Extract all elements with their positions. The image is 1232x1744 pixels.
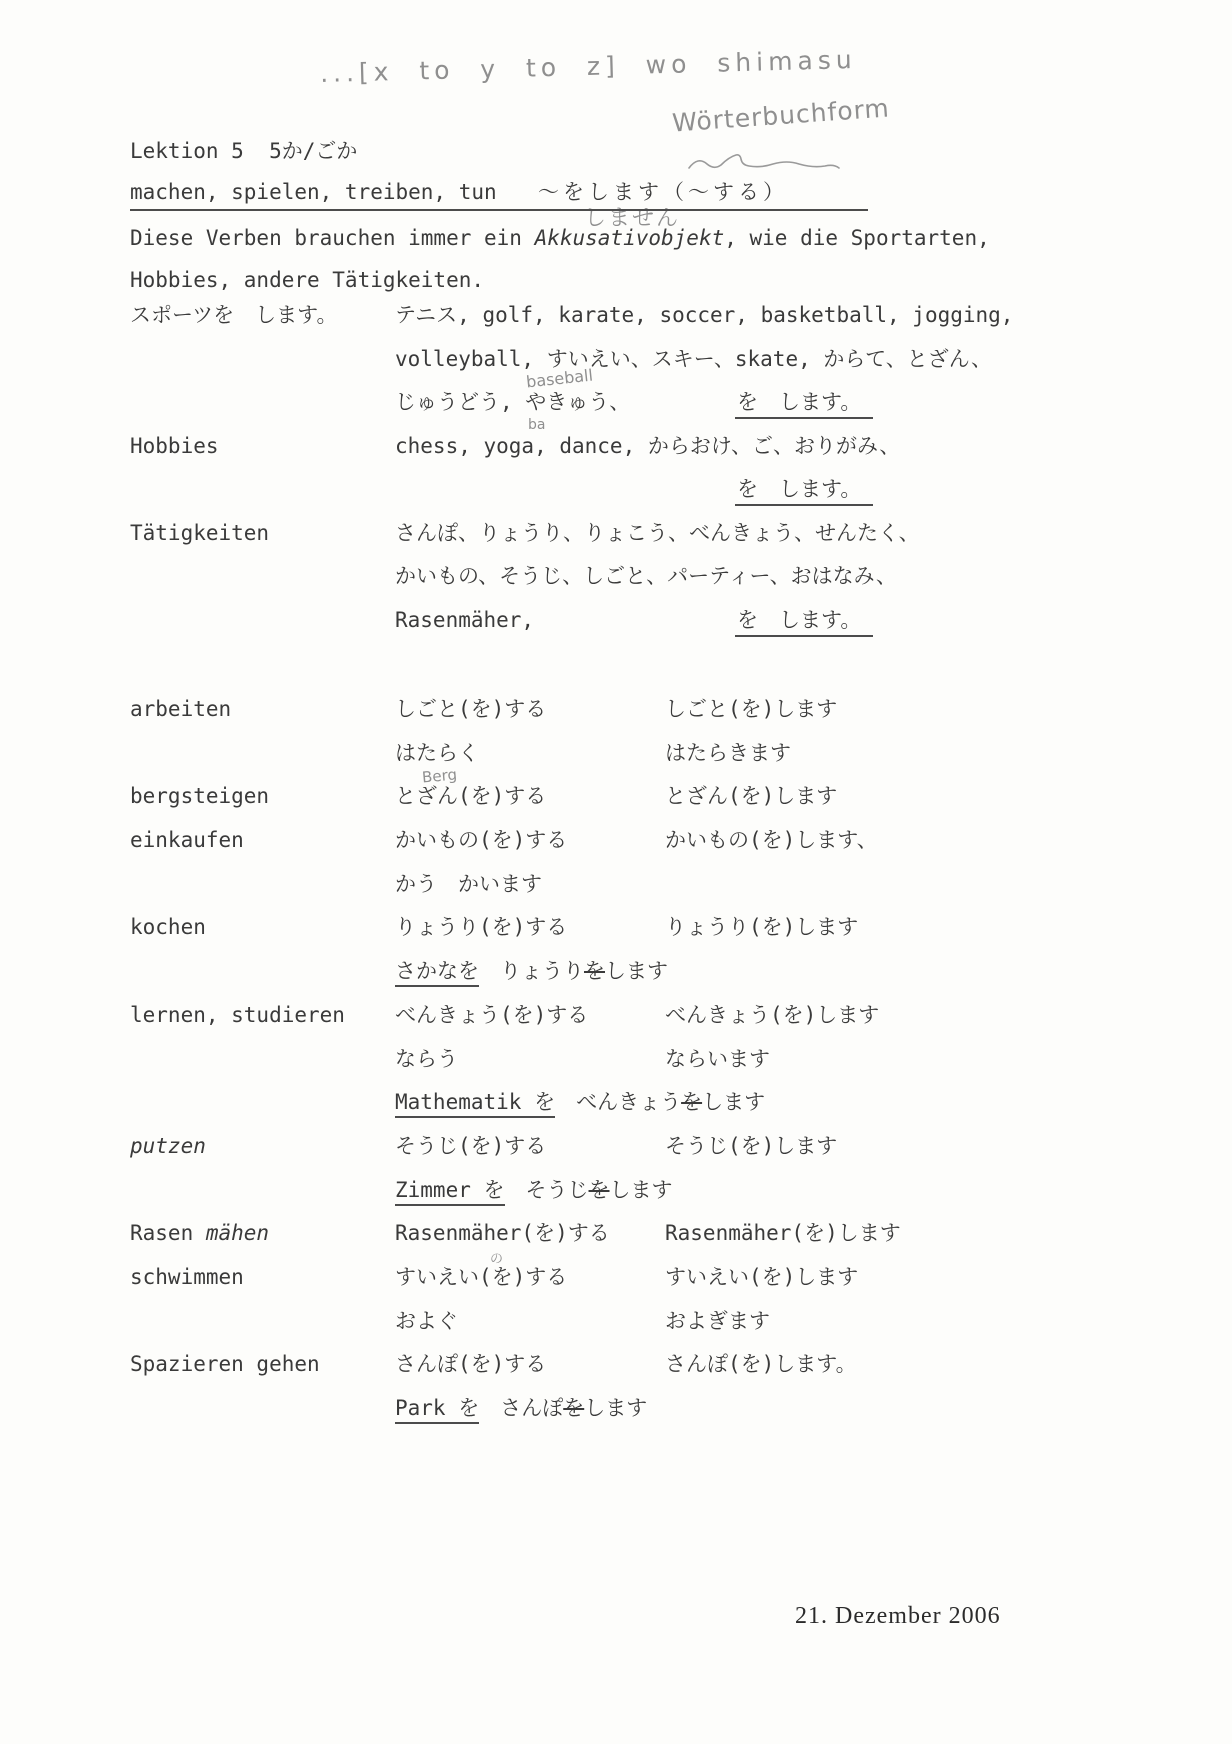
- example-object: さかなを: [395, 959, 479, 987]
- verb-table: arbeiten しごと(を)する しごと(を)します はたらく はたらきます …: [130, 697, 1110, 1440]
- verb-masu-form: さんぽ(を)します。: [665, 1352, 857, 1376]
- table-row-bergsteigen: bergsteigen とざん(を)する とざん(を)します Berg: [130, 784, 1110, 828]
- sports-row-3: じゅうどう, やきゅう、 を します。 baseball ba: [130, 390, 1110, 434]
- table-row-arbeiten: arbeiten しごと(を)する しごと(を)します: [130, 697, 1110, 741]
- table-row-einkaufen: einkaufen かいもの(を)する かいもの(を)します、: [130, 828, 1110, 872]
- table-row-kochen: kochen りょうり(を)する りょうり(を)します: [130, 915, 1110, 959]
- lesson-title: Lektion 5 5か/ごか: [130, 139, 357, 163]
- verb-masu-form: はたらきます: [665, 741, 791, 765]
- table-row-rasen-maehen: Rasen mähen Rasenmäher(を)する Rasenmäher(を…: [130, 1221, 1110, 1265]
- verb-dict-form: ならう: [395, 1047, 458, 1071]
- table-row-hataraku: はたらく はたらきます: [130, 741, 1110, 785]
- scanned-worksheet-page: ...[x to y to z] wo shimasu Wörterbuchfo…: [0, 0, 1232, 1744]
- sports-items-2: volleyball, すいえい、スキー、skate, からて、とざん、: [395, 347, 992, 371]
- intro-text-pre: Diese Verben brauchen immer ein: [130, 226, 535, 250]
- hobbies-items-1: chess, yoga, dance, からおけ、ご、おりがみ、: [395, 434, 900, 458]
- example-row-putzen: Zimmer を そうじをします: [130, 1178, 1110, 1222]
- verb-masu-form: りょうり(を)します: [665, 915, 858, 939]
- example-struck-wo: を: [584, 959, 605, 983]
- verb-masu-form: Rasenmäher(を)します: [665, 1221, 901, 1245]
- verb-german: putzen: [130, 1134, 206, 1158]
- sports-row-1: スポーツを します。 テニス, golf, karate, soccer, ba…: [130, 303, 1110, 347]
- handwritten-woerterbuchform: Wörterbuchform: [671, 93, 890, 137]
- handwritten-romaji-formula: ...[x to y to z] wo shimasu: [320, 45, 857, 88]
- activities-suffix-wo-shimasu: を します。: [735, 608, 873, 637]
- verb-german: schwimmen: [130, 1265, 244, 1289]
- hobbies-row-1: Hobbies chess, yoga, dance, からおけ、ご、おりがみ、: [130, 434, 1110, 478]
- document-date: 21. Dezember 2006: [795, 1603, 1001, 1630]
- table-row-schwimmen: schwimmen すいえい(を)する すいえい(を)します の: [130, 1265, 1110, 1309]
- example-middle: りょうり: [479, 959, 584, 983]
- verb-dict-form: りょうり(を)する: [395, 915, 567, 939]
- example-struck-wo: を: [589, 1178, 610, 1202]
- table-row-spazieren-gehen: Spazieren gehen さんぽ(を)する さんぽ(を)します。: [130, 1352, 1110, 1396]
- verb-dict-form: すいえい(を)する: [395, 1265, 567, 1289]
- verb-german: kochen: [130, 915, 206, 939]
- verb-german: Spazieren gehen: [130, 1352, 320, 1376]
- sports-label: スポーツを します。: [130, 303, 337, 327]
- verb-dict-form: べんきょう(を)する: [395, 1003, 588, 1027]
- table-row-lernen: lernen, studieren べんきょう(を)する べんきょう(を)します: [130, 1003, 1110, 1047]
- activities-row-1: Tätigkeiten さんぽ、りょうり、りょこう、べんきょう、せんたく、: [130, 521, 1110, 565]
- handwritten-berg: Berg: [421, 766, 457, 787]
- handwritten-ba: ba: [528, 417, 545, 433]
- example-tail: します: [702, 1090, 765, 1114]
- example-tail: します: [584, 1396, 647, 1420]
- hobbies-suffix-wo-shimasu: を します。: [735, 477, 873, 506]
- verb-masu-form: およぎます: [665, 1309, 770, 1333]
- verb-german: bergsteigen: [130, 784, 269, 808]
- verb-dict-form: およぐ: [395, 1309, 458, 1333]
- activities-items-3: Rasenmäher,: [395, 608, 534, 632]
- verb-dict-form: しごと(を)する: [395, 697, 546, 721]
- example-middle: そうじ: [505, 1178, 589, 1202]
- intro-text-post: , wie die Sportarten,: [724, 226, 990, 250]
- activities-items-2: かいもの、そうじ、しごと、パーティー、おはなみ、: [395, 564, 897, 588]
- example-tail: します: [610, 1178, 673, 1202]
- verb-german: einkaufen: [130, 828, 244, 852]
- example-object: Park を: [395, 1396, 479, 1424]
- verb-masu-form: しごと(を)します: [665, 697, 837, 721]
- example-sentence: Park を さんぽをします: [395, 1396, 647, 1420]
- example-struck-wo: を: [681, 1090, 702, 1114]
- verb-masu-form: べんきょう(を)します: [665, 1003, 879, 1027]
- verb-dict-form: かいもの(を)する: [395, 828, 567, 852]
- verb-masu-form: そうじ(を)します: [665, 1134, 837, 1158]
- example-row-kochen: さかなを りょうりをします: [130, 959, 1110, 1003]
- example-tail: します: [605, 959, 668, 983]
- pattern-heading: machen, spielen, treiben, tun ～をします（～する）: [130, 180, 868, 211]
- sports-items-1: テニス, golf, karate, soccer, basketball, j…: [395, 303, 1013, 327]
- example-row-lernen: Mathematik を べんきょうをします: [130, 1090, 1110, 1134]
- example-row-spazieren: Park を さんぽをします: [130, 1396, 1110, 1440]
- table-row-oyogu: およぐ およぎます: [130, 1309, 1110, 1353]
- activities-row-2: かいもの、そうじ、しごと、パーティー、おはなみ、: [130, 564, 1110, 608]
- verb-german: arbeiten: [130, 697, 231, 721]
- example-middle: べんきょう: [555, 1090, 681, 1114]
- verb-masu-form: とざん(を)します: [665, 784, 837, 808]
- verb-german-plain: Rasen: [130, 1221, 206, 1245]
- example-object: Zimmer を: [395, 1178, 505, 1206]
- verb-german-italic: mähen: [206, 1221, 269, 1245]
- table-row-putzen: putzen そうじ(を)する そうじ(を)します: [130, 1134, 1110, 1178]
- verb-masu-form: かいもの(を)します、: [665, 828, 878, 852]
- pattern-german-verbs: machen, spielen, treiben, tun: [130, 180, 497, 204]
- verb-dict-form: そうじ(を)する: [395, 1134, 546, 1158]
- activities-row-3: Rasenmäher, を します。: [130, 608, 1110, 652]
- pattern-japanese: ～をします（～する）: [538, 180, 788, 204]
- verb-dict-form: はたらく: [395, 741, 479, 765]
- sports-suffix-wo-shimasu: を します。: [735, 390, 873, 419]
- verb-masu-form: ならいます: [665, 1047, 770, 1071]
- sports-items-3: じゅうどう, やきゅう、: [395, 390, 630, 414]
- verb-dict-form: かう かいます: [395, 872, 542, 896]
- verb-german: lernen, studieren: [130, 1003, 345, 1027]
- example-sentence: Mathematik を べんきょうをします: [395, 1090, 765, 1114]
- intro-line-2: Hobbies, andere Tätigkeiten.: [130, 268, 484, 292]
- verb-dict-form: とざん(を)する: [395, 784, 546, 808]
- squiggle-underline: [686, 150, 842, 176]
- table-row-narau: ならう ならいます: [130, 1047, 1110, 1091]
- verb-dict-form: Rasenmäher(を)する: [395, 1221, 610, 1245]
- activities-items-1: さんぽ、りょうり、りょこう、べんきょう、せんたく、: [395, 521, 920, 545]
- verb-masu-form: すいえい(を)します: [665, 1265, 858, 1289]
- example-sentence: Zimmer を そうじをします: [395, 1178, 673, 1202]
- table-row-kau: かう かいます: [130, 872, 1110, 916]
- activities-label: Tätigkeiten: [130, 521, 269, 545]
- category-section: スポーツを します。 テニス, golf, karate, soccer, ba…: [130, 303, 1110, 651]
- hobbies-label: Hobbies: [130, 434, 219, 458]
- example-middle: さんぽ: [479, 1396, 563, 1420]
- example-object: Mathematik を: [395, 1090, 555, 1118]
- verb-german: Rasen mähen: [130, 1221, 269, 1245]
- example-sentence: さかなを りょうりをします: [395, 959, 668, 983]
- hobbies-row-2: を します。: [130, 477, 1110, 521]
- example-struck-wo: を: [563, 1396, 584, 1420]
- handwritten-no: の: [490, 1248, 503, 1267]
- intro-line-1: Diese Verben brauchen immer ein Akkusati…: [130, 226, 990, 250]
- intro-akkusativobjekt: Akkusativobjekt: [535, 226, 725, 250]
- sports-row-2: volleyball, すいえい、スキー、skate, からて、とざん、: [130, 347, 1110, 391]
- verb-dict-form: さんぽ(を)する: [395, 1352, 546, 1376]
